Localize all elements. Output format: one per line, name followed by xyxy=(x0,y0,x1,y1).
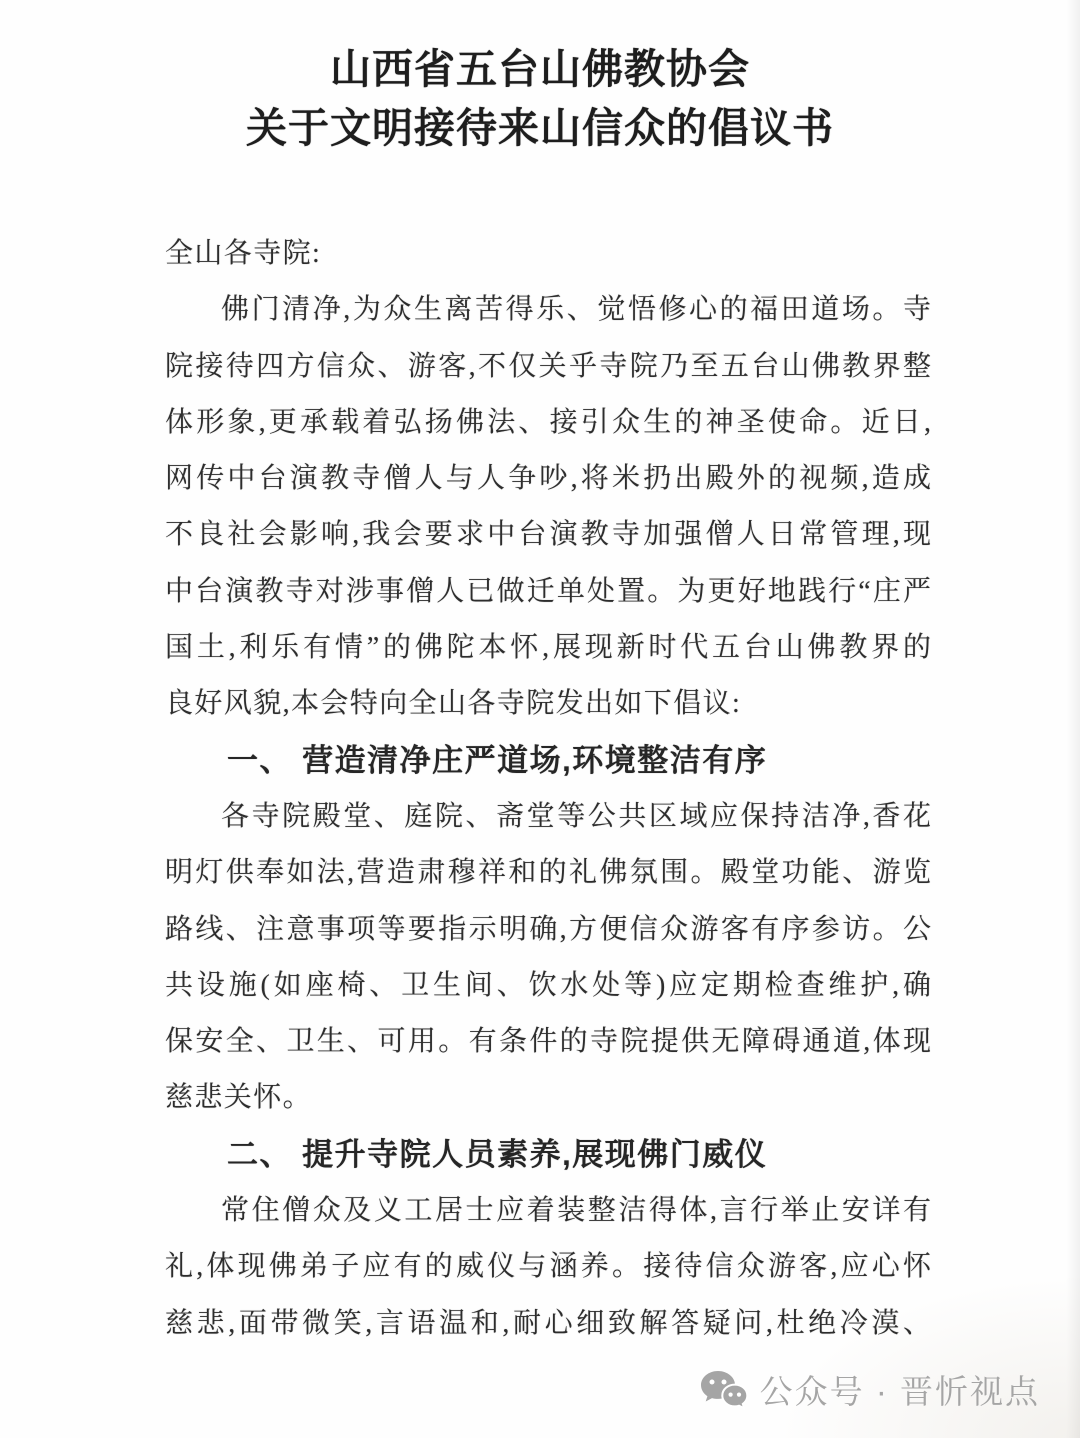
wechat-icon xyxy=(699,1369,749,1411)
paragraph-line: 各寺院殿堂、庭院、斋堂等公共区域应保持洁净,香花 xyxy=(165,789,931,845)
paragraph-line: 慈悲,面带微笑,言语温和,耐心细致解答疑问,杜绝冷漠、 xyxy=(165,1296,931,1352)
paragraph-line: 网传中台演教寺僧人与人争吵,将米扔出殿外的视频,造成 xyxy=(165,451,931,507)
paragraph-line: 体形象,更承载着弘扬佛法、接引众生的神圣使命。近日, xyxy=(165,395,931,451)
paragraph-line: 佛门清净,为众生离苦得乐、觉悟修心的福田道场。寺 xyxy=(165,282,931,338)
paragraph-line: 良好风貌,本会特向全山各寺院发出如下倡议: xyxy=(165,676,931,732)
paragraph-line: 保安全、卫生、可用。有条件的寺院提供无障碍通道,体现 xyxy=(165,1014,931,1070)
paragraph-line: 院接待四方信众、游客,不仅关乎寺院乃至五台山佛教界整 xyxy=(165,339,931,395)
document-body: 全山各寺院: 佛门清净,为众生离苦得乐、觉悟修心的福田道场。寺 院接待四方信众、… xyxy=(165,226,931,1352)
paragraph-line: 国土,利乐有情”的佛陀本怀,展现新时代五台山佛教界的 xyxy=(165,620,931,676)
watermark-text: 公众号 · 晋忻视点 xyxy=(760,1366,1040,1413)
title-line-1: 山西省五台山佛教协会 xyxy=(0,40,1080,99)
paragraph-line: 慈悲关怀。 xyxy=(165,1070,931,1126)
document-title: 山西省五台山佛教协会 关于文明接待来山信众的倡议书 xyxy=(0,40,1080,158)
paragraph-line: 共设施(如座椅、卫生间、饮水处等)应定期检查维护,确 xyxy=(165,958,931,1014)
watermark: 公众号 · 晋忻视点 xyxy=(699,1366,1040,1413)
document-page: 山西省五台山佛教协会 关于文明接待来山信众的倡议书 全山各寺院: 佛门清净,为众… xyxy=(0,0,1080,1438)
section-heading-2: 二、 提升寺院人员素养,展现佛门威仪 xyxy=(165,1127,931,1183)
paragraph-line: 路线、注意事项等要指示明确,方便信众游客有序参访。公 xyxy=(165,902,931,958)
paragraph-line: 明灯供奉如法,营造肃穆祥和的礼佛氛围。殿堂功能、游览 xyxy=(165,845,931,901)
scan-edge-shading xyxy=(1066,0,1080,1438)
salutation-line: 全山各寺院: xyxy=(165,226,931,282)
paragraph-line: 不良社会影响,我会要求中台演教寺加强僧人日常管理,现 xyxy=(165,507,931,563)
title-line-2: 关于文明接待来山信众的倡议书 xyxy=(0,99,1080,158)
paragraph-line: 礼,体现佛弟子应有的威仪与涵养。接待信众游客,应心怀 xyxy=(165,1239,931,1295)
paragraph-line: 中台演教寺对涉事僧人已做迁单处置。为更好地践行“庄严 xyxy=(165,564,931,620)
section-heading-1: 一、 营造清净庄严道场,环境整洁有序 xyxy=(165,733,931,789)
paragraph-line: 常住僧众及义工居士应着装整洁得体,言行举止安详有 xyxy=(165,1183,931,1239)
